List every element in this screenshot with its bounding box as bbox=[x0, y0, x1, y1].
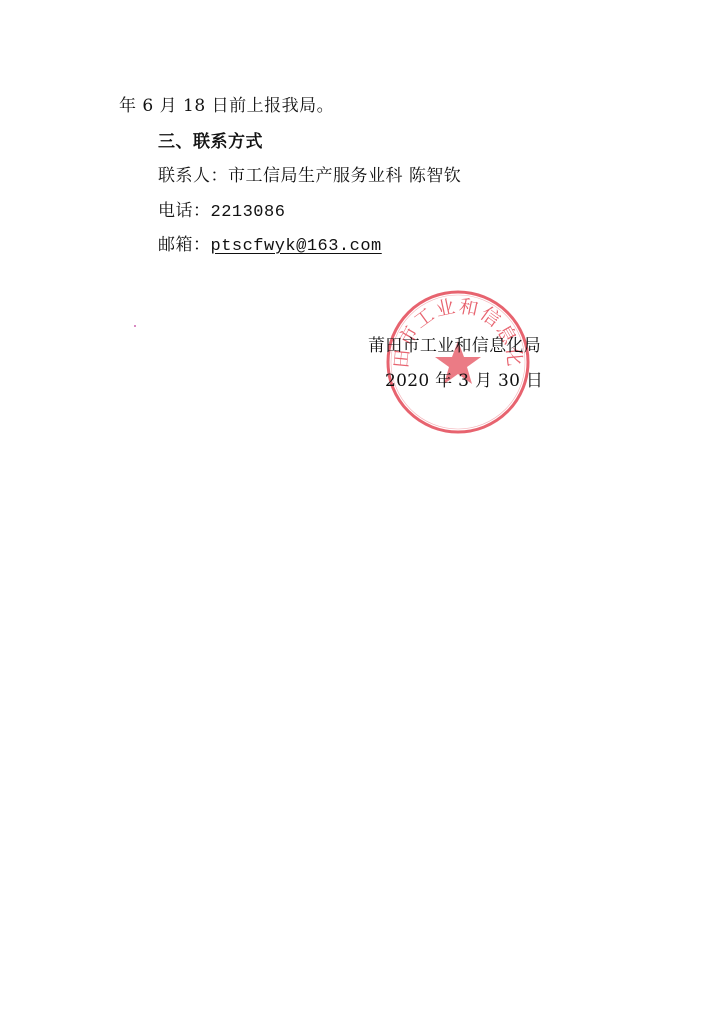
signing-organization: 莆田市工业和信息化局 bbox=[368, 335, 541, 357]
continuation-line: 年 6 月 18 日前上报我局。 bbox=[119, 95, 334, 117]
signing-date: 2020 年 3 月 30 日 bbox=[385, 370, 543, 392]
email-label: 邮箱： bbox=[158, 235, 211, 255]
email-link[interactable]: ptscfwyk@163.com bbox=[211, 237, 382, 256]
scan-speck bbox=[134, 325, 136, 327]
section-heading-contact: 三、联系方式 bbox=[158, 131, 263, 153]
phone-label: 电话： bbox=[158, 201, 211, 221]
document-page: 年 6 月 18 日前上报我局。 三、联系方式 联系人：市工信局生产服务业科 陈… bbox=[0, 0, 722, 1021]
phone-value: 2213086 bbox=[211, 203, 286, 222]
official-seal-icon: 莆田市工业和信息化局 bbox=[385, 289, 531, 435]
phone-row: 电话：2213086 bbox=[158, 200, 285, 224]
contact-person-row: 联系人：市工信局生产服务业科 陈智钦 bbox=[158, 165, 461, 187]
contact-person-value: 市工信局生产服务业科 陈智钦 bbox=[228, 166, 461, 186]
email-row: 邮箱：ptscfwyk@163.com bbox=[158, 234, 382, 258]
contact-person-label: 联系人： bbox=[158, 166, 228, 186]
